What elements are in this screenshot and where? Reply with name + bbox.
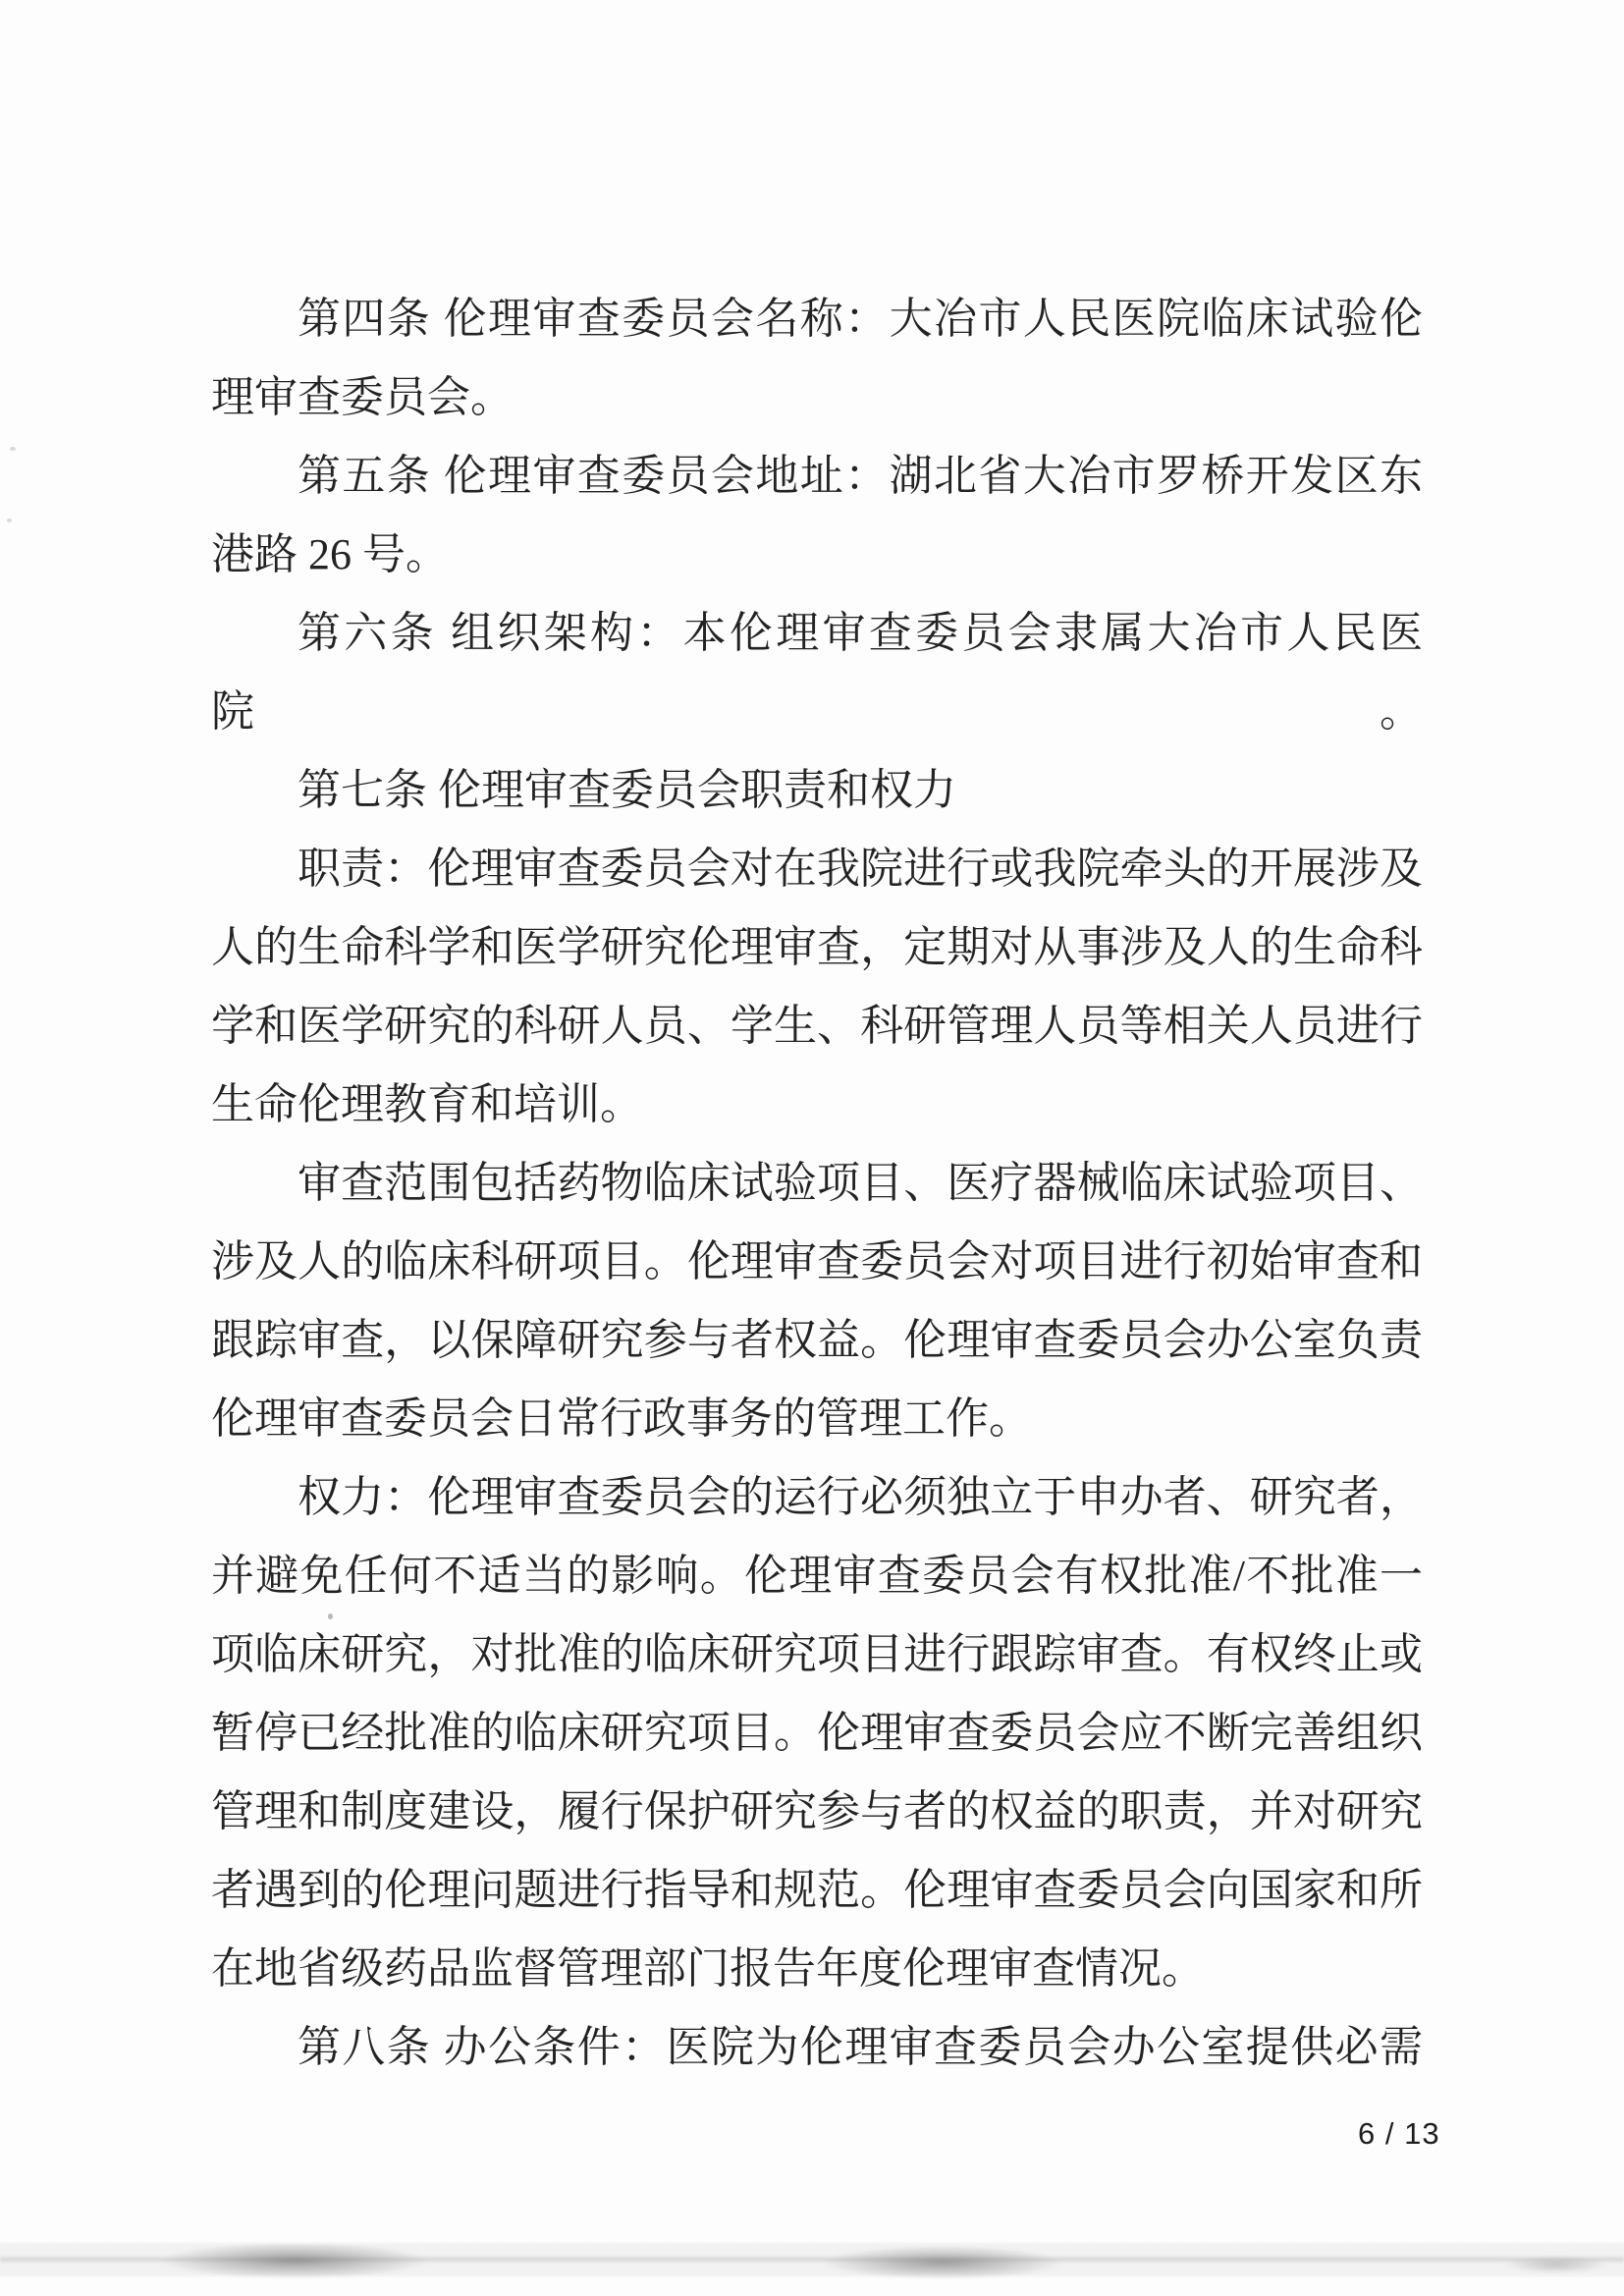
text-line-article4-1: 第四条 伦理审查委员会名称：大冶市人民医院临床试验伦 bbox=[211, 280, 1423, 358]
text-line-powers-7: 在地省级药品监督管理部门报告年度伦理审查情况。 bbox=[211, 1930, 1423, 2008]
page-number: 6 / 13 bbox=[1358, 2116, 1440, 2152]
document-page: 第四条 伦理审查委员会名称：大冶市人民医院临床试验伦 理审查委员会。 第五条 伦… bbox=[0, 0, 1624, 2296]
text-line-article7: 第七条 伦理审查委员会职责和权力 bbox=[211, 751, 1423, 830]
text-line-duties-2: 人的生命科学和医学研究伦理审查，定期对从事涉及人的生命科 bbox=[211, 908, 1423, 987]
text-line-powers-1: 权力：伦理审查委员会的运行必须独立于申办者、研究者， bbox=[211, 1458, 1423, 1537]
text-line-powers-2: 并避免任何不适当的影响。伦理审查委员会有权批准/不批准一 bbox=[211, 1537, 1423, 1615]
scan-artifact-band bbox=[0, 2221, 1624, 2296]
text-line-duties-4: 生命伦理教育和培训。 bbox=[211, 1066, 1423, 1144]
scan-speck bbox=[7, 519, 12, 522]
text-line-article6: 第六条 组织架构：本伦理审查委员会隶属大冶市人民医院。 bbox=[211, 594, 1423, 751]
text-line-article8: 第八条 办公条件：医院为伦理审查委员会办公室提供必需 bbox=[211, 2008, 1423, 2087]
text-line-article4-2: 理审查委员会。 bbox=[211, 358, 1423, 437]
text-line-duties-1: 职责：伦理审查委员会对在我院进行或我院牵头的开展涉及 bbox=[211, 830, 1423, 908]
text-line-powers-4: 暂停已经批准的临床研究项目。伦理审查委员会应不断完善组织 bbox=[211, 1694, 1423, 1773]
text-line-powers-5: 管理和制度建设，履行保护研究参与者的权益的职责，并对研究 bbox=[211, 1773, 1423, 1851]
text-line-duties-3: 学和医学研究的科研人员、学生、科研管理人员等相关人员进行 bbox=[211, 987, 1423, 1066]
scan-speck bbox=[328, 1613, 333, 1619]
document-body: 第四条 伦理审查委员会名称：大冶市人民医院临床试验伦 理审查委员会。 第五条 伦… bbox=[211, 280, 1423, 2087]
text-line-article5-2: 港路 26 号。 bbox=[211, 516, 1423, 594]
text-line-scope-1: 审查范围包括药物临床试验项目、医疗器械临床试验项目、 bbox=[211, 1144, 1423, 1223]
text-line-scope-2: 涉及人的临床科研项目。伦理审查委员会对项目进行初始审查和 bbox=[211, 1223, 1423, 1301]
scan-speck bbox=[10, 447, 16, 451]
text-line-scope-4: 伦理审查委员会日常行政事务的管理工作。 bbox=[211, 1380, 1423, 1458]
text-line-article5-1: 第五条 伦理审查委员会地址：湖北省大冶市罗桥开发区东 bbox=[211, 437, 1423, 516]
text-line-scope-3: 跟踪审查，以保障研究参与者权益。伦理审查委员会办公室负责 bbox=[211, 1301, 1423, 1380]
text-line-powers-6: 者遇到的伦理问题进行指导和规范。伦理审查委员会向国家和所 bbox=[211, 1851, 1423, 1930]
text-line-powers-3: 项临床研究，对批准的临床研究项目进行跟踪审查。有权终止或 bbox=[211, 1615, 1423, 1694]
